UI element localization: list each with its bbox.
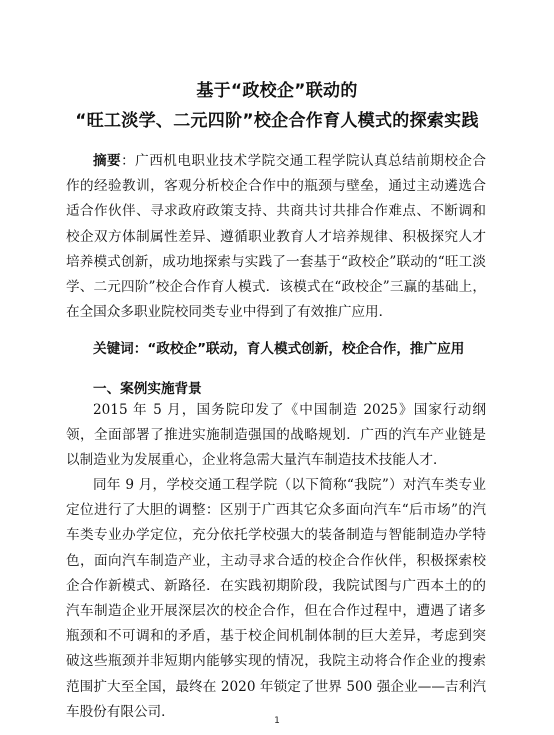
title-line-2: “旺工淡学、二元四阶”校企合作育人模式的探索实践 [0,106,554,131]
keywords-label: 关键词： [93,341,147,357]
abstract-label: 摘要 [93,153,121,169]
page-number: 1 [0,716,554,726]
abstract: 摘要：广西机电职业技术学院交通工程学院认真总结前期校企合作的经验教训，客观分析校… [66,149,486,325]
paragraph-1: 2015 年 5 月，国务院印发了《中国制造 2025》国家行动纲领，全面部署了… [66,398,486,474]
document-page: 基于“政校企”联动的 “旺工淡学、二元四阶”校企合作育人模式的探索实践 摘要：广… [0,0,554,735]
title-line-1: 基于“政校企”联动的 [0,76,554,101]
keywords: 关键词：“政校企”联动，育人模式创新，校企合作，推广应用 [93,337,464,357]
section-heading: 一、案例实施背景 [93,377,202,397]
paragraph-2: 同年 9 月，学校交通工程学院（以下简称“我院”）对汽车类专业定位进行了大胆的调… [66,473,486,725]
keywords-text: “政校企”联动，育人模式创新，校企合作，推广应用 [147,341,464,357]
abstract-separator: ： [121,153,135,169]
abstract-text: 广西机电职业技术学院交通工程学院认真总结前期校企合作的经验教训，客观分析校企合作… [66,153,486,320]
